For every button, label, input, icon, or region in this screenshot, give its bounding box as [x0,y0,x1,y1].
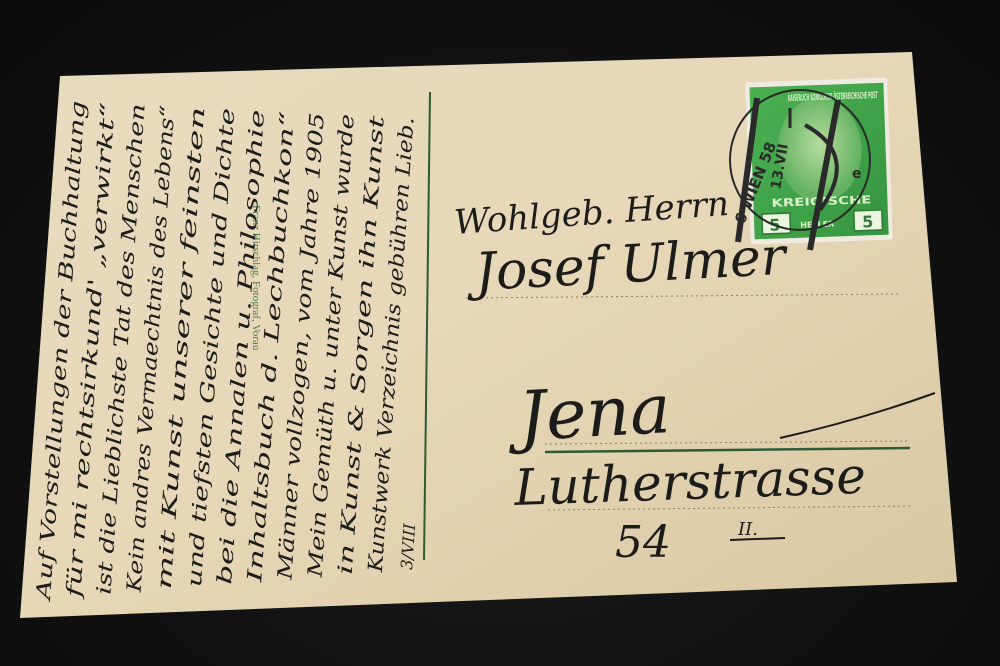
message-line: 3/VIII [397,522,419,570]
address-street: Lutherstrasse [512,447,866,517]
address-city: Jena [505,370,673,457]
postmark-suffix: e [852,166,862,182]
stamp-value-right: 5 [862,212,874,231]
postcard-photo: Franz Hirschlag, Fotograf, Vorau Auf Vor… [0,0,1000,666]
address-floor: II. [737,519,758,540]
address-number: 54 [615,517,671,568]
